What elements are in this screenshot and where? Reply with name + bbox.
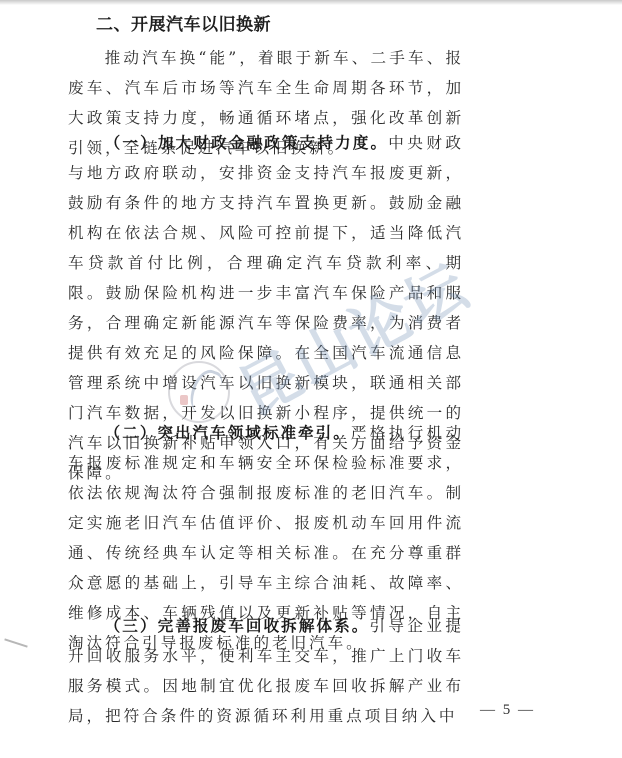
paragraph-lead-heading: （二）突出汽车领域标准牵引。 (105, 423, 351, 442)
paragraph-lead-heading: （一）加大财政金融政策支持力度。 (105, 133, 389, 152)
document-page: 二、开展汽车以旧换新 推动汽车换“能”，着眼于新车、二手车、报废车、汽车后市场等… (0, 0, 622, 758)
paragraph-lead-heading: （三）完善报废车回收拆解体系。 (105, 616, 370, 635)
scan-artifact-mark (4, 638, 27, 647)
section-heading: 二、开展汽车以旧换新 (96, 10, 271, 35)
page-number: — 5 — (480, 702, 535, 719)
paragraph-recycling-system: （三）完善报废车回收拆解体系。引导企业提升回收服务水平，便利车主交车，推广上门收… (68, 611, 464, 731)
